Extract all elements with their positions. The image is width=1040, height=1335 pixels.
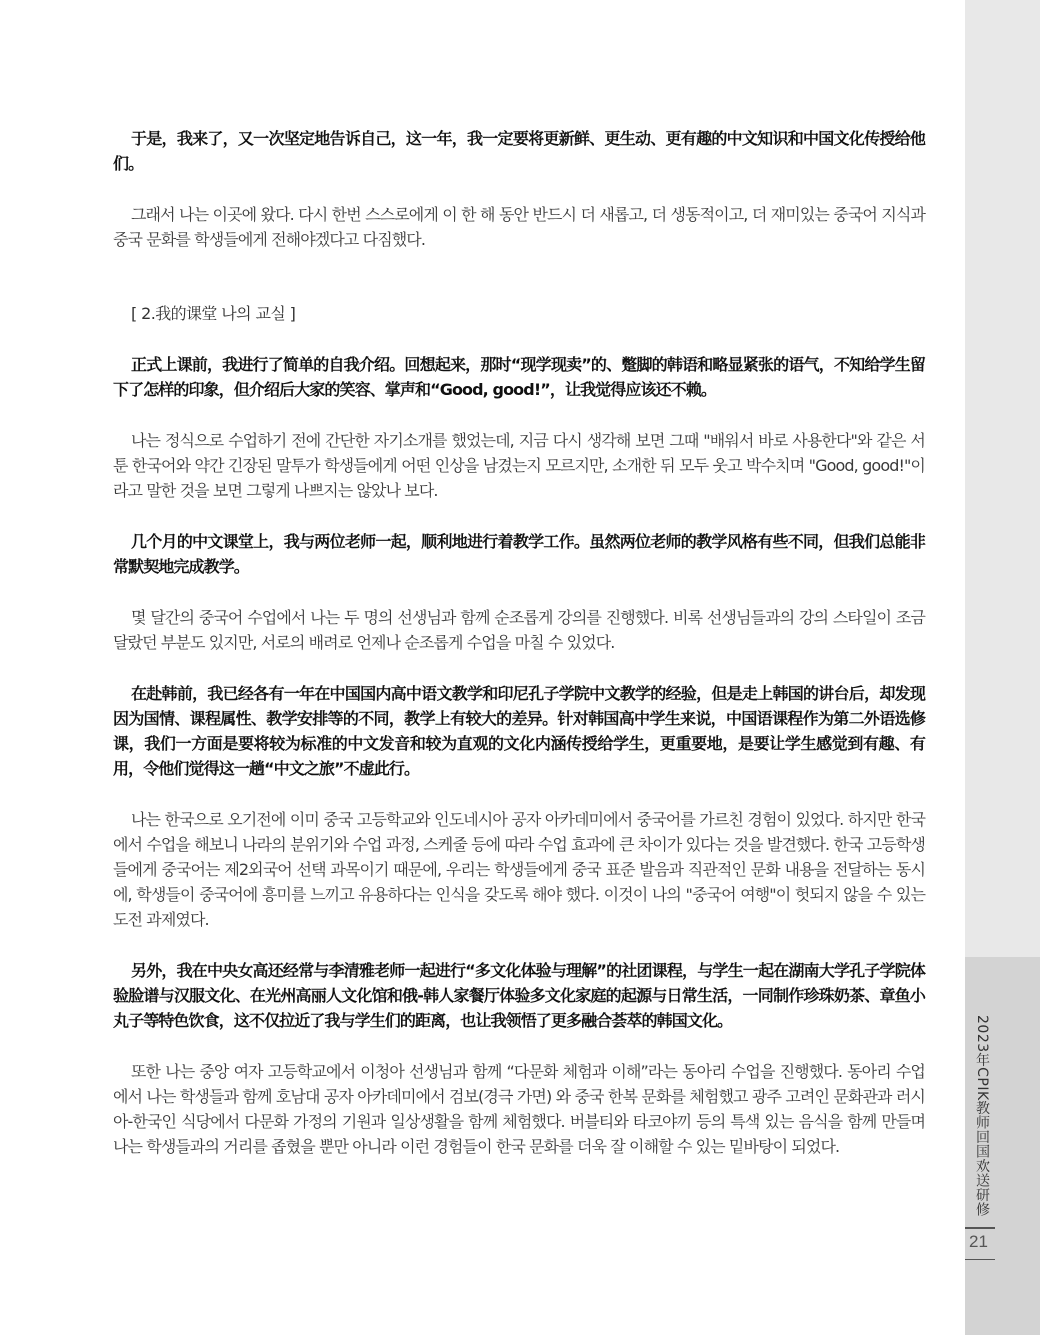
page-body: 于是，我来了，又一次坚定地告诉自己，这一年，我一定要将更新鲜、更生动、更有趣的中…	[113, 126, 925, 1159]
paragraph-ko: 나는 정식으로 수업하기 전에 간단한 자기소개를 했었는데, 지금 다시 생각…	[113, 428, 925, 503]
paragraph-ko: 몇 달간의 중국어 수업에서 나는 두 명의 선생님과 함께 순조롭게 강의를 …	[113, 605, 925, 655]
section-heading: [ 2.我的课堂 나의 교실 ]	[113, 301, 925, 326]
paragraph-zh: 正式上课前，我进行了简单的自我介绍。回想起来，那时“现学现卖”的、蹩脚的韩语和略…	[113, 352, 925, 402]
section-spacer	[113, 252, 925, 301]
paragraph-spacer	[113, 579, 925, 605]
paragraph-spacer	[113, 326, 925, 352]
page-number-rule-bottom	[965, 1259, 995, 1260]
page-number-rule-top	[965, 1227, 995, 1229]
paragraph-spacer	[113, 176, 925, 202]
paragraph-spacer	[113, 503, 925, 529]
paragraph-zh: 几个月的中文课堂上，我与两位老师一起，顺利地进行着教学工作。虽然两位老师的教学风…	[113, 529, 925, 579]
paragraph-spacer	[113, 402, 925, 428]
paragraph-ko: 그래서 나는 이곳에 왔다. 다시 한번 스스로에게 이 한 해 동안 반드시 …	[113, 202, 925, 252]
paragraph-zh: 在赴韩前，我已经各有一年在中国国内高中语文教学和印尼孔子学院中文教学的经验，但是…	[113, 681, 925, 781]
running-title: 2023年CPIK教师回国欢送研修	[974, 1015, 990, 1217]
paragraph-ko: 또한 나는 중앙 여자 고등학교에서 이청아 선생님과 함께 “다문화 체험과 …	[113, 1059, 925, 1159]
paragraph-zh: 于是，我来了，又一次坚定地告诉自己，这一年，我一定要将更新鲜、更生动、更有趣的中…	[113, 126, 925, 176]
page-number: 21	[969, 1232, 988, 1252]
paragraph-zh: 另外，我在中央女高还经常与李清雅老师一起进行“多文化体验与理解”的社团课程，与学…	[113, 958, 925, 1033]
paragraph-ko: 나는 한국으로 오기전에 이미 중국 고등학교와 인도네시아 공자 아카데미에서…	[113, 807, 925, 932]
paragraph-spacer	[113, 781, 925, 807]
paragraph-spacer	[113, 655, 925, 681]
side-tab-lower-band: 2023年CPIK教师回国欢送研修 21	[965, 957, 1040, 1335]
side-margin-tab: 2023年CPIK教师回国欢送研修 21	[965, 0, 1040, 1335]
paragraph-spacer	[113, 1033, 925, 1059]
paragraph-spacer	[113, 932, 925, 958]
